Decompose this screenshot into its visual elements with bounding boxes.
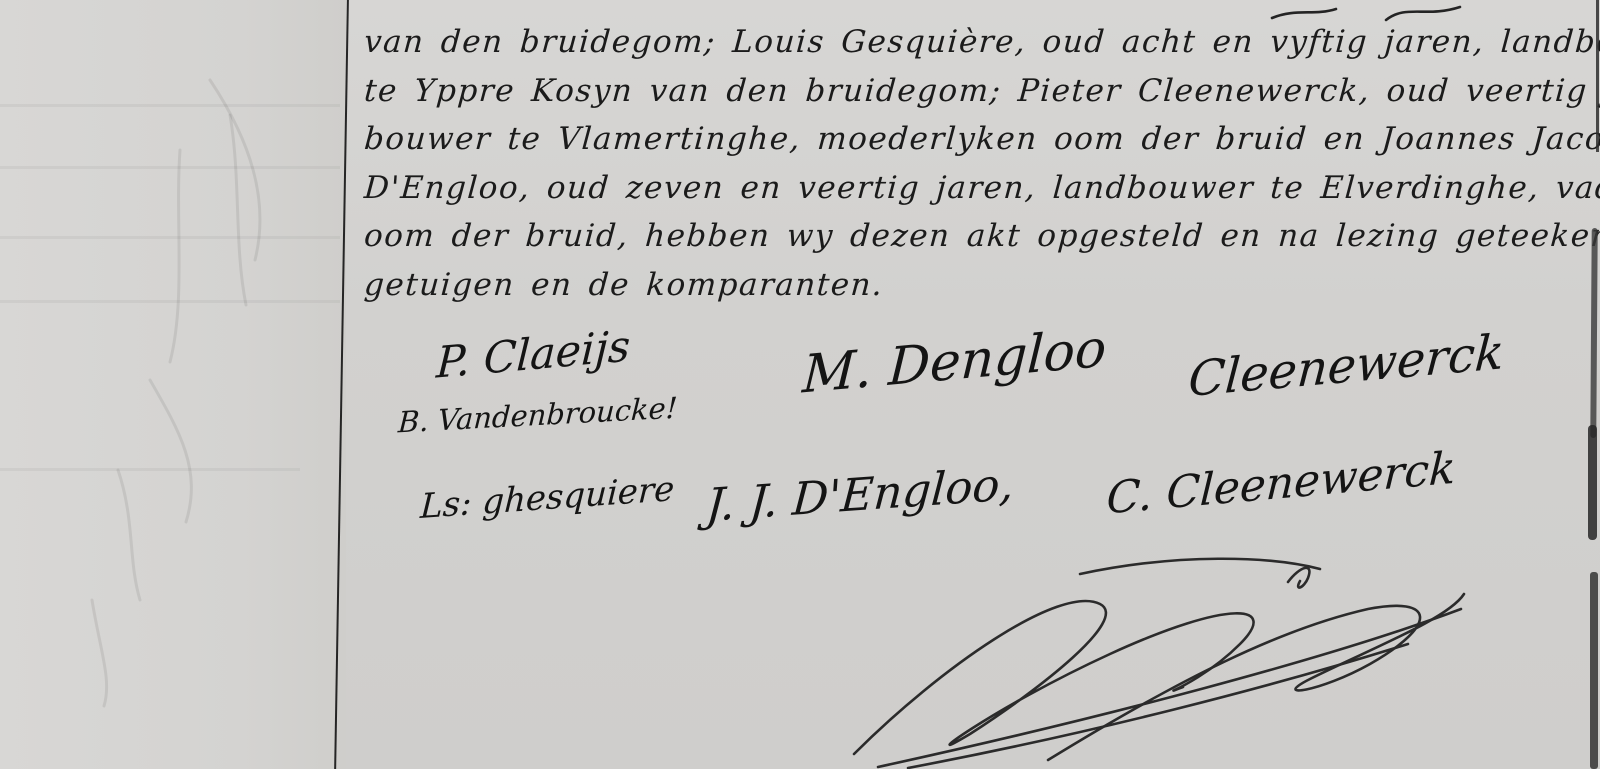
record-body-text: van den bruidegom; Louis Gesquière, oud … xyxy=(362,24,1592,316)
cutoff-line-fragment xyxy=(1268,0,1468,24)
signature-dengloo-m: M. Dengloo xyxy=(801,318,1108,405)
signature-cleenewerck-c: C. Cleenewerck xyxy=(1105,443,1457,525)
signature-dengloo-jj: J. J. D'Engloo, xyxy=(705,457,1016,532)
signature-cleenewerck-flourished: Cleenewerck xyxy=(1187,324,1506,408)
document-scan: van den bruidegom; Louis Gesquière, oud … xyxy=(0,0,1600,769)
signature-vandenbroucke: B. Vandenbroucke! xyxy=(397,391,678,440)
body-line-1: van den bruidegom; Louis Gesquière, oud … xyxy=(362,24,1595,73)
show-through-marks xyxy=(0,0,346,769)
body-line-3: bouwer te Vlamertinghe, moederlyken oom … xyxy=(362,121,1595,170)
page-edge-band xyxy=(1590,572,1598,769)
body-line-5: oom der bruid, hebben wy dezen akt opges… xyxy=(362,218,1595,267)
page-edge-band xyxy=(1596,0,1599,152)
page-edge-band xyxy=(1588,425,1597,540)
signature-ghesquiere: Ls: ghesquiere xyxy=(419,469,675,527)
paraph-flourish xyxy=(848,548,1473,769)
body-line-6: getuigen en de komparanten. xyxy=(362,267,1595,316)
body-line-4: D'Engloo, oud zeven en veertig jaren, la… xyxy=(362,170,1595,219)
signature-claeijs: P. Claeijs xyxy=(435,321,631,388)
page-edge-band xyxy=(1590,228,1597,438)
body-line-2: te Yppre Kosyn van den bruidegom; Pieter… xyxy=(362,73,1595,122)
left-blank-page xyxy=(0,0,346,769)
